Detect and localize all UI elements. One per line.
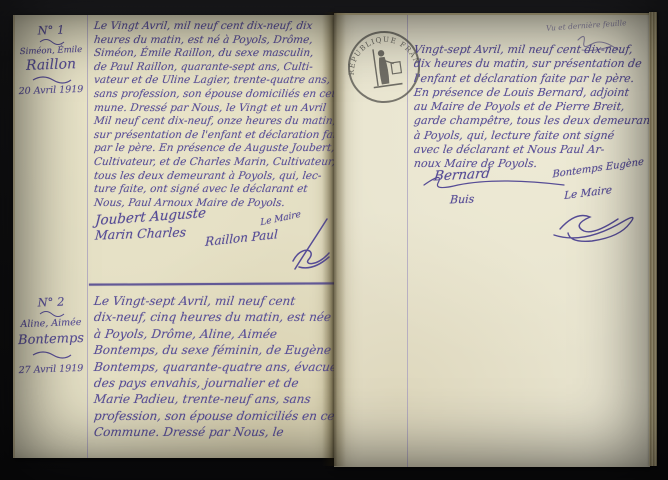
act-line: Nous, Paul Arnoux Maire de Poyols. [93, 197, 335, 211]
act-line: sans profession, son épouse domiciliés e… [93, 88, 335, 102]
entry1-surname-flourish [31, 76, 73, 84]
stamp-text: RÉPUBLIQUE FRANÇAISE [334, 15, 422, 77]
entry2-act-text: Le Vingt-sept Avril, mil neuf cent dix-n… [93, 293, 333, 441]
act-line: En présence de Louis Bernard, adjoint [413, 86, 649, 100]
act-separator-line [89, 282, 335, 285]
signature-place-buis: Buis [450, 193, 475, 207]
entry1-act-text: Le Vingt Avril, mil neuf cent dix-neuf, … [93, 20, 333, 210]
mayor-signature-flourish-entry1 [287, 215, 335, 273]
entry1-margin-date: 20 Avril 1919 [15, 84, 87, 98]
entry2-number-underline [39, 310, 65, 317]
act-line: garde champêtre, tous les deux demeurant [413, 114, 649, 128]
act-line: sur présentation de l'enfant et déclarat… [93, 129, 335, 143]
entry2-surname-flourish [31, 351, 73, 359]
entry2-margin-date: 27 Avril 1919 [15, 363, 87, 377]
page-edge-stack [649, 12, 657, 466]
act-line: Bontemps, du sexe féminin, de Eugène [93, 342, 335, 358]
bernard-signature-underline [422, 173, 552, 189]
entry1-number-underline [39, 38, 65, 45]
act-line: Commune. Dressé par Nous, le [93, 424, 335, 440]
entry2-margin-number: N° 2 [15, 294, 87, 311]
act-line: Bontemps, quarante-quatre ans, évacué [93, 359, 335, 375]
act-line: Vingt-sept Avril, mil neuf cent dix-neuf… [413, 43, 649, 57]
act-line: Cultivateur, et de Charles Marin, Cultiv… [93, 156, 335, 170]
act-line: ture faite, ont signé avec le déclarant … [93, 183, 335, 197]
act-line: heures du matin, est né à Poyols, Drôme, [93, 34, 335, 48]
left-page: N° 1 Siméon, Émile Raillon 20 Avril 1919… [13, 15, 335, 458]
act-line: à Poyols, qui, lecture faite ont signé [413, 129, 649, 143]
act-line: profession, son épouse domiciliés en cet… [93, 408, 335, 424]
act-line: mune. Dressé par Nous, le Vingt et un Av… [93, 102, 335, 116]
act-line: des pays envahis, journalier et de [93, 375, 335, 391]
act-line: tous les deux demeurant à Poyols, qui, l… [93, 170, 335, 184]
act-line: au Maire de Poyols et de Pierre Breit, [413, 100, 649, 114]
entry1-margin-number: N° 1 [15, 22, 87, 39]
right-act-text: Vingt-sept Avril, mil neuf cent dix-neuf… [413, 43, 647, 172]
right-page: RÉPUBLIQUE FRANÇAISE Vu et dernière feui… [334, 13, 650, 467]
act-line: Le Vingt-sept Avril, mil neuf cent [93, 293, 335, 309]
register-scan: N° 1 Siméon, Émile Raillon 20 Avril 1919… [0, 0, 668, 480]
left-margin-rule [87, 15, 88, 458]
act-line: Siméon, Émile Raillon, du sexe masculin, [93, 47, 335, 61]
entry1-margin-surname: Raillon [15, 56, 88, 75]
marianne-figure-icon [368, 46, 403, 88]
act-line: à Poyols, Drôme, Aline, Aimée [93, 326, 335, 342]
mayor-signature-flourish-right [550, 199, 646, 247]
act-line: dix heures du matin, sur présentation de [413, 57, 649, 71]
act-line: l'enfant et déclaration faite par le pèr… [413, 72, 649, 86]
act-line: Le Vingt Avril, mil neuf cent dix-neuf, … [93, 20, 335, 34]
signature-marin: Marin Charles [95, 224, 187, 242]
act-line: de Paul Raillon, quarante-sept ans, Cult… [93, 61, 335, 75]
act-line: Mil neuf cent dix-neuf, onze heures du m… [93, 115, 335, 129]
act-line: par le père. En présence de Auguste Joub… [93, 142, 335, 156]
act-line: dix-neuf, cinq heures du matin, est née [93, 309, 335, 325]
entry2-margin-surname: Bontemps [15, 331, 87, 349]
act-line: avec le déclarant et Nous Paul Ar- [413, 143, 649, 157]
entry2-margin-given-names: Aline, Aimée [15, 317, 87, 331]
act-line: Marie Padieu, trente-neuf ans, sans [93, 391, 335, 407]
svg-text:RÉPUBLIQUE FRANÇAISE: RÉPUBLIQUE FRANÇAISE [334, 15, 422, 77]
act-line: vateur et de Uline Lagier, trente-quatre… [93, 74, 335, 88]
signature-raillon: Raillon Paul [205, 227, 278, 249]
